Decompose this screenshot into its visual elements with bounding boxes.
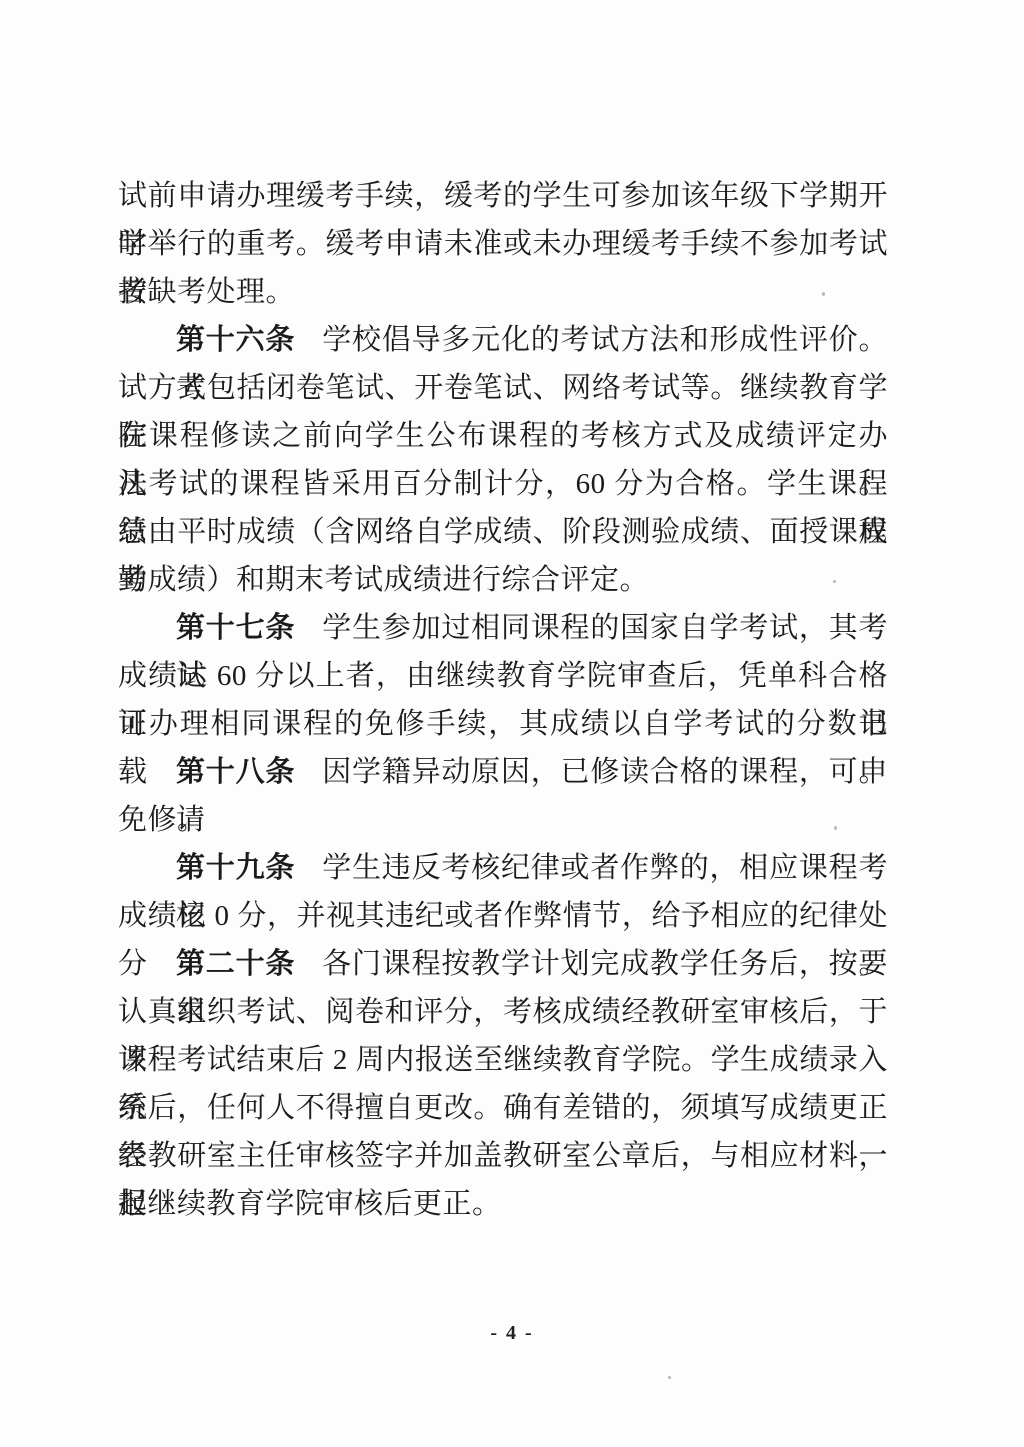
text-line: 报继续教育学院审核后更正。 — [118, 1180, 888, 1228]
article-number: 第十九条 — [176, 852, 295, 884]
line-text: 免修。 — [118, 804, 207, 836]
text-line: 绩由平时成绩（含网络自学成绩、阶段测验成绩、面授课程考 — [118, 508, 888, 556]
text-line: 成绩记 0 分，并视其违纪或者作弊情节，给予相应的纪律处分。 — [118, 892, 888, 940]
scan-speck — [668, 1376, 671, 1379]
text-line: 免修。 — [118, 796, 888, 844]
text-line: 经教研室主任审核签字并加盖教研室公章后，与相应材料一起 — [118, 1132, 888, 1180]
page-number: - 4 - — [0, 1322, 1024, 1345]
document-page: 试前申请办理缓考手续，缓考的学生可参加该年级下学期开学时举行的重考。缓考申请未准… — [0, 0, 1024, 1447]
line-text: 按缺考处理。 — [118, 276, 295, 308]
article-number: 第二十条 — [176, 948, 295, 980]
text-line: 成绩达 60 分以上者，由继续教育学院审查后，凭单科合格证书 — [118, 652, 888, 700]
text-line: 可办理相同课程的免修手续，其成绩以自学考试的分数记载。 — [118, 700, 888, 748]
article-line: 第十六条学校倡导多元化的考试方法和形成性评价。考 — [118, 316, 888, 364]
text-line: 课程考试结束后 2 周内报送至继续教育学院。学生成绩录入系 — [118, 1036, 888, 1084]
scan-speck — [834, 826, 837, 830]
article-line: 第二十条各门课程按教学计划完成教学任务后，按要求 — [118, 940, 888, 988]
text-line: 试前申请办理缓考手续，缓考的学生可参加该年级下学期开学 — [118, 172, 888, 220]
text-line: 在课程修读之前向学生公布课程的考核方式及成绩评定办法。 — [118, 412, 888, 460]
line-text: 勤成绩）和期末考试成绩进行综合评定。 — [118, 564, 649, 596]
article-number: 第十六条 — [176, 324, 295, 356]
document-body: 试前申请办理缓考手续，缓考的学生可参加该年级下学期开学时举行的重考。缓考申请未准… — [118, 172, 888, 1228]
article-line: 第十七条学生参加过相同课程的国家自学考试，其考试 — [118, 604, 888, 652]
text-line: 勤成绩）和期末考试成绩进行综合评定。 — [118, 556, 888, 604]
text-line: 凡考试的课程皆采用百分制计分，60 分为合格。学生课程总成 — [118, 460, 888, 508]
scan-speck — [833, 580, 836, 583]
article-line: 第十八条因学籍异动原因，已修读合格的课程，可申请 — [118, 748, 888, 796]
text-line: 统后，任何人不得擅自更改。确有差错的，须填写成绩更正表， — [118, 1084, 888, 1132]
line-text: 报继续教育学院审核后更正。 — [118, 1188, 502, 1220]
text-line: 试方式包括闭卷笔试、开卷笔试、网络考试等。继续教育学院 — [118, 364, 888, 412]
article-number: 第十七条 — [176, 612, 295, 644]
article-line: 第十九条学生违反考核纪律或者作弊的，相应课程考核 — [118, 844, 888, 892]
article-number: 第十八条 — [176, 756, 295, 788]
text-line: 按缺考处理。 — [118, 268, 888, 316]
text-line: 认真组织考试、阅卷和评分，考核成绩经教研室审核后，于该 — [118, 988, 888, 1036]
scan-speck — [822, 292, 825, 296]
text-line: 时举行的重考。缓考申请未准或未办理缓考手续不参加考试者 — [118, 220, 888, 268]
